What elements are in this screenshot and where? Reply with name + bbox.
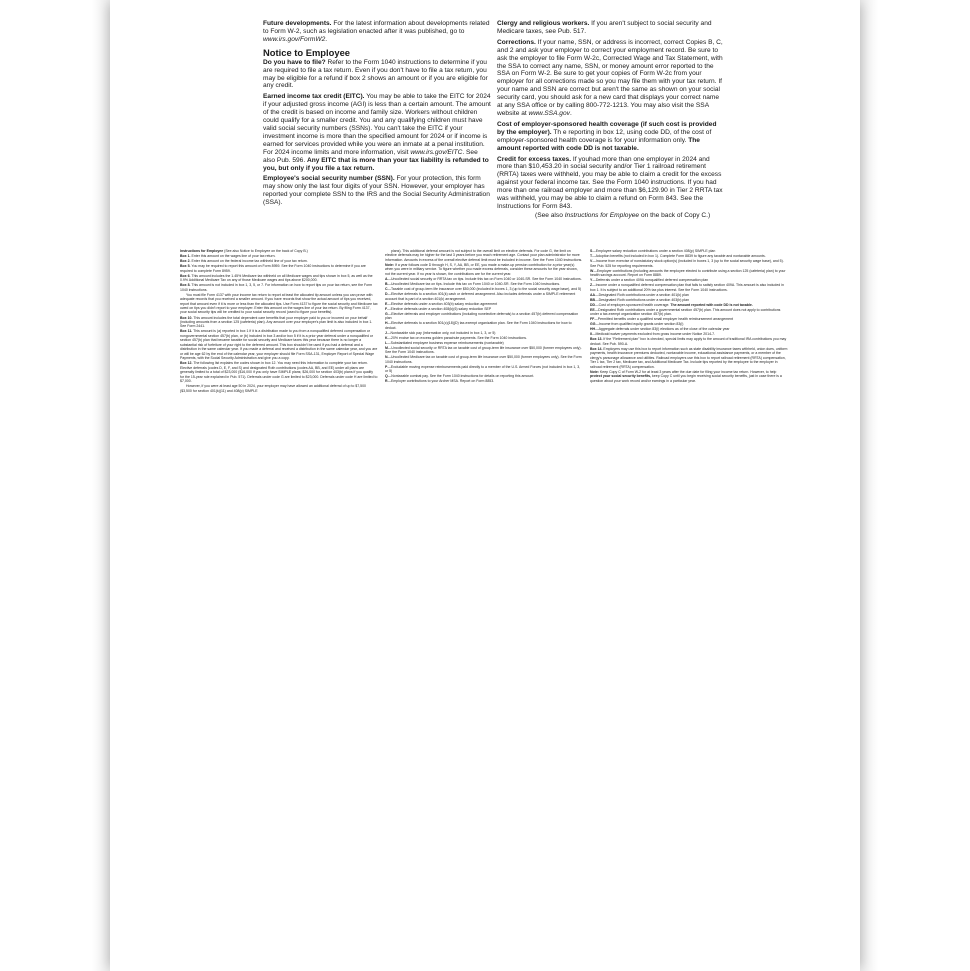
instruction-item: BB—Designated Roth contributions under a…	[590, 298, 788, 302]
instruction-text: —Medicaid waiver payments excluded from …	[592, 332, 715, 336]
instruction-text: —20% excise tax on excess golden parachu…	[388, 336, 528, 340]
instruction-text: Keep Copy C of Form W-2 for at least 3 y…	[599, 370, 776, 374]
page-shadow-right	[860, 0, 878, 971]
instruction-item: Note: Keep Copy C of Form W-2 for at lea…	[590, 370, 788, 383]
instruction-item: F—Elective deferrals under a section 408…	[385, 307, 583, 311]
corrections-title: Corrections.	[497, 39, 536, 46]
instruction-label: Box 10.	[180, 316, 192, 320]
instruction-item: DD—Cost of employer-sponsored health cov…	[590, 303, 788, 307]
instruction-item: T—Adoption benefits (not included in box…	[590, 254, 788, 258]
instruction-text: If a year follows code D through H, S, Y…	[385, 263, 578, 276]
instruction-item: GG—Income from qualified equity grants u…	[590, 322, 788, 326]
instruction-text: This amount is not included in box 1, 3,…	[180, 283, 372, 291]
instruction-text: —Income from exercise of nonstatutory st…	[590, 259, 784, 267]
instruction-text: (See also Notice to Employee on the back…	[223, 249, 308, 253]
instruction-item: plans). This additional deferral amount …	[385, 249, 583, 262]
instruction-text: —Deferrals under a section 409A nonquali…	[592, 278, 708, 282]
instruction-item: G—Elective deferrals and employer contri…	[385, 312, 583, 321]
instruction-item: Box 14. Employers may use this box to re…	[590, 347, 788, 369]
instruction-text: plans). This additional deferral amount …	[385, 249, 582, 262]
instruction-text: —Employer contributions (including amoun…	[590, 269, 786, 277]
instruction-text: This amount is (a) reported in box 1 if …	[180, 329, 377, 360]
file-paragraph: Do you have to file? Refer to the Form 1…	[263, 59, 491, 91]
instruction-item: Box 6. This amount includes the 1.45% Me…	[180, 274, 378, 283]
instruction-item: AA—Designated Roth contributions under a…	[590, 293, 788, 297]
instruction-item: E—Elective deferrals under a section 403…	[385, 302, 583, 306]
punct: .	[325, 36, 327, 43]
instruction-item: D—Elective deferrals to a section 401(k)…	[385, 292, 583, 301]
see-also-post: on the back of Copy C.)	[639, 212, 710, 219]
instruction-text: —Uncollected Medicare tax on taxable cos…	[385, 355, 582, 363]
instruction-text: You may be required to report this amoun…	[180, 264, 366, 272]
instruction-text: However, if you were at least age 50 in …	[180, 384, 366, 392]
instruction-text: —Income from qualified equity grants und…	[595, 322, 683, 326]
instruction-label: Box 13.	[590, 337, 602, 341]
instruction-text: —Permitted benefits under a qualified sm…	[594, 317, 733, 321]
instruction-item: P—Excludable moving expense reimbursemen…	[385, 365, 583, 374]
instruction-item: M—Uncollected social security or RRTA ta…	[385, 346, 583, 355]
notice-right-column: Clergy and religious workers. If you are…	[497, 20, 725, 214]
instruction-label: Note:	[385, 263, 394, 267]
excess-taxes-title: Credit for excess taxes.	[497, 156, 571, 163]
instruction-item: HH—Aggregate deferrals under section 83(…	[590, 327, 788, 331]
instruction-item: K—20% excise tax on excess golden parach…	[385, 336, 583, 340]
instruction-text: If the "Retirement plan" box is checked,…	[590, 337, 786, 345]
instruction-item: N—Uncollected Medicare tax on taxable co…	[385, 355, 583, 364]
instruction-item: R—Employer contributions to your Archer …	[385, 379, 583, 383]
instruction-item: EE—Designated Roth contributions under a…	[590, 308, 788, 317]
instruction-text: —Elective deferrals under a section 403(…	[387, 302, 497, 306]
instruction-text: —Aggregate deferrals under section 83(i)…	[595, 327, 729, 331]
instruction-label: Box 11.	[180, 329, 192, 333]
instruction-item: Q—Nontaxable combat pay. See the Form 10…	[385, 374, 583, 378]
instruction-text: —Employee salary reduction contributions…	[592, 249, 715, 253]
instruction-item: Box 11. This amount is (a) reported in b…	[180, 329, 378, 360]
see-also-pre: (See also	[535, 212, 565, 219]
instruction-label: Note:	[590, 370, 599, 374]
punct: .	[570, 110, 572, 117]
instruction-item: Box 2. Enter this amount on the federal …	[180, 259, 378, 263]
instruction-item: W—Employer contributions (including amou…	[590, 269, 788, 278]
see-also-italic: Instructions for Employee	[565, 212, 639, 219]
instruction-item: Instructions for Employee (See also Noti…	[180, 249, 378, 253]
eitc-title: Earned income tax credit (EITC).	[263, 93, 365, 100]
instruction-text: —Uncollected social security or RRTA tax…	[385, 346, 582, 354]
future-title: Future developments.	[263, 20, 332, 27]
instruction-text: Enter this amount on the wages line of y…	[191, 254, 276, 258]
instruction-text: —Elective deferrals to a section 401(k) …	[385, 292, 575, 300]
notice-heading: Notice to Employee	[263, 47, 491, 58]
instruction-text: —Taxable cost of group-term life insuran…	[388, 287, 582, 291]
instruction-text: —Uncollected Medicare tax on tips. Inclu…	[388, 282, 561, 286]
instruction-text: —Elective deferrals and employer contrib…	[385, 312, 578, 320]
instruction-label: Box 14.	[590, 347, 602, 351]
instruction-text: —Elective deferrals to a section 501(c)(…	[385, 321, 572, 329]
instruction-item: L—Substantiated employee business expens…	[385, 341, 583, 345]
health-cost-paragraph: Cost of employer-sponsored health covera…	[497, 121, 725, 153]
instruction-label: Box 1.	[180, 254, 191, 258]
instruction-item: Box 12. The following list explains the …	[180, 361, 378, 383]
eitc-paragraph: Earned income tax credit (EITC). You may…	[263, 93, 491, 172]
excess-taxes-text: If youhad more than one employer in 2024…	[497, 156, 723, 210]
instruction-item: H—Elective deferrals to a section 501(c)…	[385, 321, 583, 330]
instruction-text: —Elective deferrals under a section 408(…	[387, 307, 491, 311]
irs-formw2-link[interactable]: www.irs.gov/FormW2	[263, 36, 325, 43]
instruction-item: Y—Deferrals under a section 409A nonqual…	[590, 278, 788, 282]
instruction-text: The following list explains the codes sh…	[180, 361, 377, 383]
instruction-label: Box 8.	[180, 283, 191, 287]
instruction-text: This amount includes the 1.45% Medicare …	[180, 274, 373, 282]
instruction-text: —Nontaxable combat pay. See the Form 104…	[388, 374, 534, 378]
ssn-title: Employee's social security number (SSN).	[263, 175, 395, 182]
instruction-bold: protect your social security benefits,	[590, 374, 651, 378]
see-also-note: (See also Instructions for Employee on t…	[535, 212, 710, 220]
instruction-label: Instructions for Employee	[180, 249, 223, 253]
instruction-item: However, if you were at least age 50 in …	[180, 384, 378, 393]
clergy-paragraph: Clergy and religious workers. If you are…	[497, 20, 725, 36]
irs-eitc-link[interactable]: www.irs.gov/EITC	[410, 149, 462, 156]
ssn-paragraph: Employee's social security number (SSN).…	[263, 175, 491, 207]
instruction-text: —Employer contributions to your Archer M…	[388, 379, 495, 383]
instruction-item: You must file Form 4137 with your income…	[180, 293, 378, 315]
notice-left-column: Future developments. For the latest info…	[263, 20, 491, 210]
instruction-item: B—Uncollected Medicare tax on tips. Incl…	[385, 282, 583, 286]
instruction-text: —Nontaxable sick pay (information only, …	[387, 331, 496, 335]
instruction-label: Box 2.	[180, 259, 191, 263]
instructions-column-1: Instructions for Employee (See also Noti…	[180, 249, 378, 394]
instruction-text: Enter this amount on the federal income …	[191, 259, 308, 263]
corrections-paragraph: Corrections. If your name, SSN, or addre…	[497, 39, 725, 118]
instruction-item: Z—Income under a nonqualified deferred c…	[590, 283, 788, 292]
instruction-item: V—Income from exercise of nonstatutory s…	[590, 259, 788, 268]
instruction-item: J—Nontaxable sick pay (information only,…	[385, 331, 583, 335]
future-developments: Future developments. For the latest info…	[263, 20, 491, 44]
instruction-text: —Substantiated employee business expense…	[387, 341, 504, 345]
instructions-column-3: S—Employee salary reduction contribution…	[590, 249, 788, 384]
file-title: Do you have to file?	[263, 59, 326, 66]
instruction-text: —Designated Roth contributions under a s…	[595, 298, 689, 302]
instruction-label: Box 12.	[180, 361, 192, 365]
instruction-item: Note: If a year follows code D through H…	[385, 263, 583, 276]
instruction-item: C—Taxable cost of group-term life insura…	[385, 287, 583, 291]
instruction-label: Box 6.	[180, 274, 191, 278]
instruction-item: FF—Permitted benefits under a qualified …	[590, 317, 788, 321]
instruction-item: S—Employee salary reduction contribution…	[590, 249, 788, 253]
instruction-label: Box 5.	[180, 264, 191, 268]
instruction-bold: The amount reported with code DD is not …	[670, 303, 752, 307]
eitc-text: You may be able to take the EITC for 202…	[263, 93, 491, 155]
instruction-item: Box 13. If the "Retirement plan" box is …	[590, 337, 788, 346]
instruction-text: —Excludable moving expense reimbursement…	[385, 365, 580, 373]
instruction-item: Box 1. Enter this amount on the wages li…	[180, 254, 378, 258]
clergy-title: Clergy and religious workers.	[497, 20, 589, 27]
instructions-column-2: plans). This additional deferral amount …	[385, 249, 583, 384]
instruction-item: II—Medicaid waiver payments excluded fro…	[590, 332, 788, 336]
page-shadow-left	[92, 0, 110, 971]
instruction-item: Box 5. You may be required to report thi…	[180, 264, 378, 273]
instruction-text: —Cost of employer-sponsored health cover…	[595, 303, 670, 307]
instruction-text: —Designated Roth contributions under a g…	[590, 308, 780, 316]
instruction-text: This amount includes the total dependent…	[180, 316, 372, 329]
instruction-text: —Income under a nonqualified deferred co…	[590, 283, 784, 291]
instruction-item: Box 8. This amount is not included in bo…	[180, 283, 378, 292]
instruction-text: —Designated Roth contributions under a s…	[595, 293, 689, 297]
instruction-text: You must file Form 4137 with your income…	[180, 293, 378, 315]
excess-taxes-paragraph: Credit for excess taxes. If youhad more …	[497, 156, 725, 211]
instruction-item: A—Uncollected social security or RRTA ta…	[385, 277, 583, 281]
instruction-text: —Uncollected social security or RRTA tax…	[388, 277, 582, 281]
corrections-text: If your name, SSN, or address is incorre…	[497, 39, 723, 117]
instruction-item: Box 10. This amount includes the total d…	[180, 316, 378, 329]
instruction-text: —Adoption benefits (not included in box …	[592, 254, 766, 258]
ssa-link[interactable]: www.SSA.gov	[529, 110, 570, 117]
instruction-text: Employers may use this box to report inf…	[590, 347, 787, 369]
